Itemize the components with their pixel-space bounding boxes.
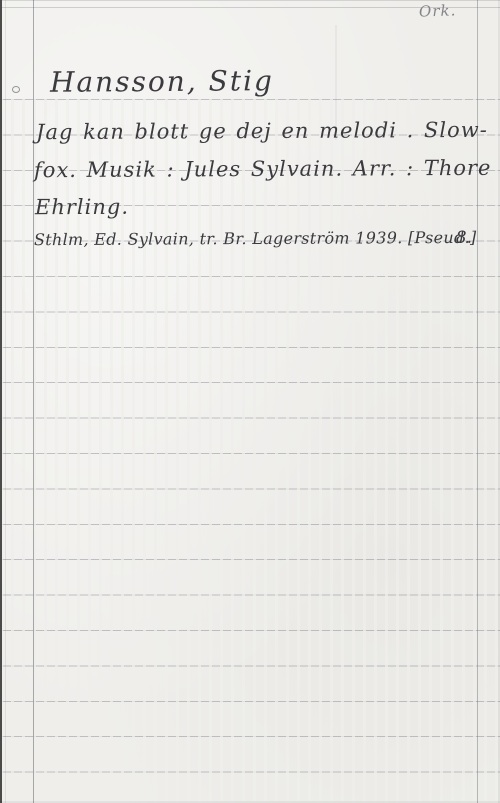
scan-edge-left (0, 0, 2, 803)
body-line-title: Jag kan blott ge dej en melodi . Slow- (36, 120, 488, 143)
margin-circle-mark (12, 86, 20, 93)
corner-note: Ork. (419, 3, 457, 19)
body-line-credits: fox. Musik : Jules Sylvain. Arr. : Thore (34, 158, 492, 181)
body-line-arranger: Ehrling. (35, 197, 129, 218)
left-margin-rule (33, 0, 34, 803)
main-heading: Hansson, Stig (50, 67, 274, 97)
scan-edge-left-secondary (5, 0, 6, 803)
scan-edge-top (0, 0, 500, 1)
page-count: 8. (448, 230, 472, 247)
imprint-line: Sthlm, Ed. Sylvain, tr. Br. Lagerström 1… (34, 230, 477, 248)
catalog-card: Ork. Hansson, Stig Jag kan blott ge dej … (0, 0, 500, 803)
